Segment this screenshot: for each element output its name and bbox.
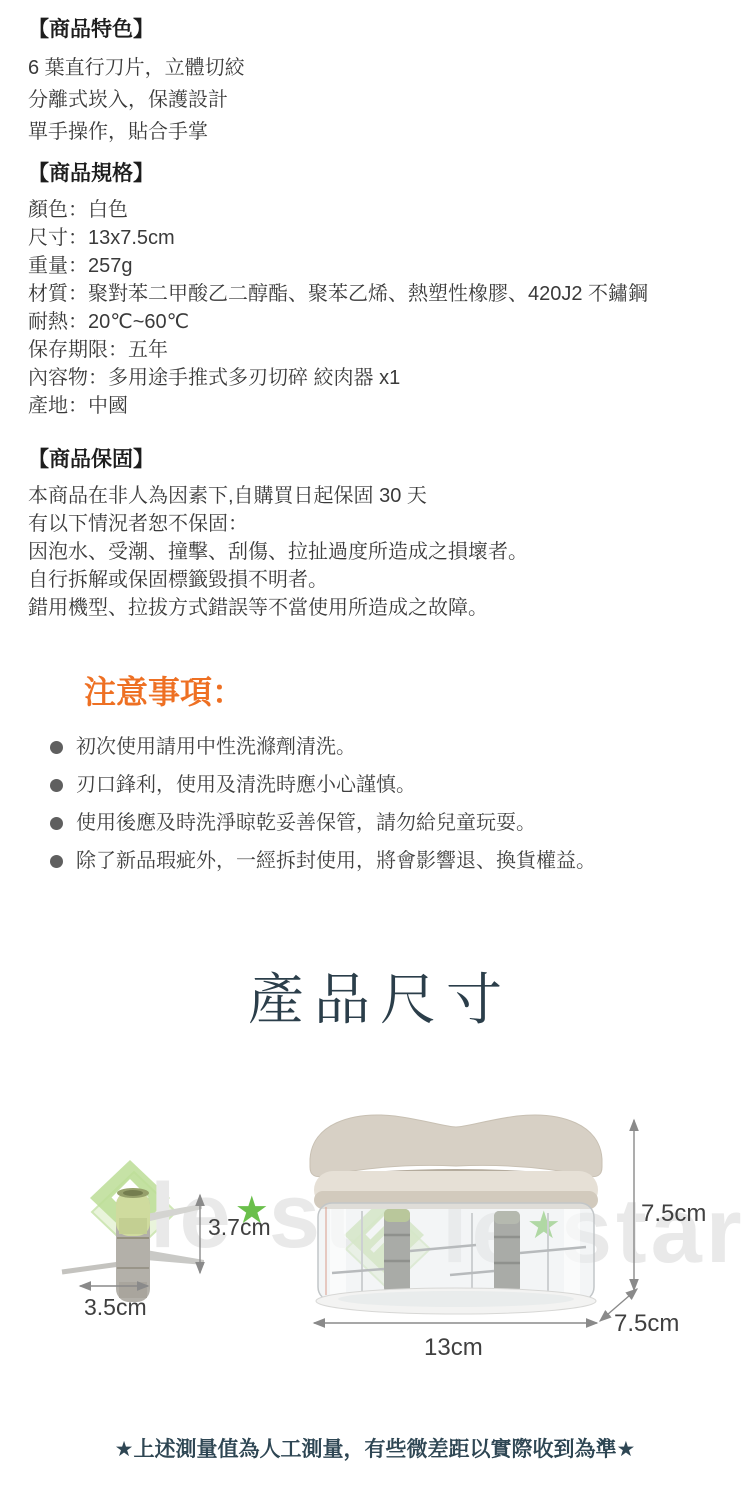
spec-line: 耐熱：20℃~60℃	[28, 308, 730, 336]
body-width-label: 13cm	[424, 1334, 483, 1362]
section-warranty: 【商品保固】 本商品在非人為因素下,自購買日起保固 30 天 有以下情況者恕不保…	[28, 443, 730, 622]
bullet-icon	[50, 779, 63, 792]
spec-line: 尺寸：13x7.5cm	[28, 224, 730, 252]
feature-line: 單手操作，貼合手掌	[28, 116, 730, 148]
feature-line: 分離式崁入，保護設計	[28, 84, 730, 116]
section-specs: 【商品規格】 顏色：白色 尺寸：13x7.5cm 重量：257g 材質：聚對苯二…	[28, 157, 730, 420]
notice-item-text: 使用後應及時洗淨晾乾妥善保管，請勿給兒童玩耍。	[76, 812, 536, 835]
warranty-heading: 【商品保固】	[28, 443, 730, 473]
blade-height-label: 3.7cm	[208, 1214, 271, 1241]
bullet-icon	[50, 855, 63, 868]
chopper-product-image	[300, 1103, 612, 1318]
spec-line: 保存期限：五年	[28, 336, 730, 364]
product-detail-page: 【商品特色】 6 葉直行刀片，立體切絞 分離式崁入，保護設計 單手操作，貼合手掌…	[0, 0, 750, 1500]
notice-heading: 注意事項：	[84, 672, 730, 712]
dimensions-title: 產品尺寸	[0, 956, 750, 1036]
spec-line: 產地：中國	[28, 392, 730, 420]
specs-heading: 【商品規格】	[28, 157, 730, 187]
measurement-footnote: ★上述測量值為人工測量，有些微差距以實際收到為準★	[0, 1433, 750, 1463]
body-depth-label: 7.5cm	[614, 1310, 679, 1338]
warranty-line: 本商品在非人為因素下,自購買日起保固 30 天	[28, 482, 730, 510]
body-height-label: 7.5cm	[641, 1200, 706, 1228]
warranty-line: 因泡水、受潮、撞擊、刮傷、拉扯過度所造成之損壞者。	[28, 538, 730, 566]
blade-shaft-image	[50, 1162, 220, 1312]
spec-line: 材質：聚對苯二甲酸乙二醇酯、聚苯乙烯、熱塑性橡膠、420J2 不鏽鋼	[28, 280, 730, 308]
feature-line: 6 葉直行刀片，立體切絞	[28, 52, 730, 84]
warranty-line: 自行拆解或保固標籤毀損不明者。	[28, 566, 730, 594]
bullet-icon	[50, 741, 63, 754]
notice-item-text: 刃口鋒利，使用及清洗時應小心謹慎。	[76, 774, 416, 797]
notice-item: 除了新品瑕疵外，一經拆封使用，將會影響退、換貨權益。	[50, 850, 730, 873]
spec-line: 顏色：白色	[28, 196, 730, 224]
section-notice: 注意事項： 初次使用請用中性洗滌劑清洗。 刃口鋒利，使用及清洗時應小心謹慎。 使…	[28, 672, 730, 888]
notice-item: 初次使用請用中性洗滌劑清洗。	[50, 736, 730, 759]
spec-line: 內容物：多用途手推式多刃切碎 絞肉器 x1	[28, 364, 730, 392]
features-heading: 【商品特色】	[28, 13, 730, 43]
notice-item-text: 初次使用請用中性洗滌劑清洗。	[76, 736, 356, 759]
bullet-icon	[50, 817, 63, 830]
notice-item: 使用後應及時洗淨晾乾妥善保管，請勿給兒童玩耍。	[50, 812, 730, 835]
section-features: 【商品特色】 6 葉直行刀片，立體切絞 分離式崁入，保護設計 單手操作，貼合手掌	[28, 13, 730, 148]
spec-line: 重量：257g	[28, 252, 730, 280]
notice-item: 刃口鋒利，使用及清洗時應小心謹慎。	[50, 774, 730, 797]
notice-item-text: 除了新品瑕疵外，一經拆封使用，將會影響退、換貨權益。	[76, 850, 596, 873]
blade-width-label: 3.5cm	[84, 1294, 147, 1321]
warranty-line: 錯用機型、拉拔方式錯誤等不當使用所造成之故障。	[28, 594, 730, 622]
product-dimension-figure: le★st le★star	[0, 1090, 750, 1420]
warranty-line: 有以下情況者恕不保固：	[28, 510, 730, 538]
